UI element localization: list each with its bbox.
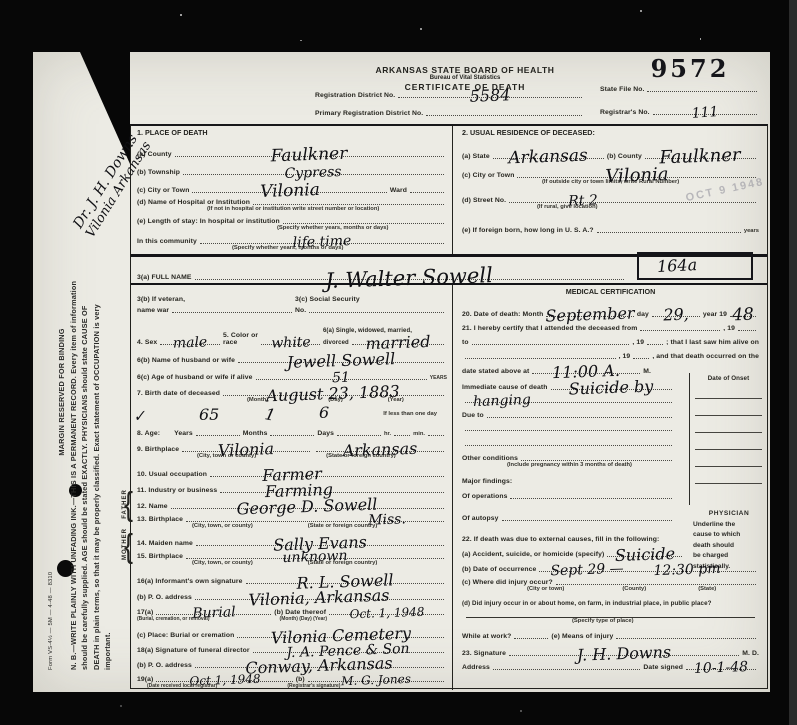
blank-line (196, 435, 240, 436)
blank-line: 111 (653, 114, 757, 115)
place-township-label: (b) Township (137, 169, 180, 176)
physician-note-line: Underline the (693, 520, 765, 531)
director-address-field: Conway, Arkansas (195, 667, 444, 668)
spouse-age-field: 51 (256, 379, 427, 380)
certify-line3-mid: , and that death occurred on the (652, 353, 759, 360)
birthdate-field: August 23, 1883 (223, 395, 444, 396)
certify-19: , 19 (723, 325, 735, 332)
death-certificate-scan: Form VS-4½ — 5M — 4-48 — 8310 MARGIN RES… (33, 52, 770, 692)
where-field (556, 584, 756, 585)
birthdate-label: 7. Birth date of deceased (137, 390, 220, 397)
place-hospital-field (253, 204, 444, 205)
blank-line (640, 330, 720, 331)
external-heading: 22. If death was due to external causes,… (462, 536, 659, 543)
veteran-field (172, 312, 292, 313)
place-community-value: life time (293, 237, 352, 247)
physician-note-line: PHYSICIAN (693, 509, 765, 520)
means-field (616, 638, 756, 639)
mother-name-field: Sally Evans (196, 545, 444, 546)
md-signature-field: J. H. Downs (509, 655, 739, 656)
certificate-title: CERTIFICATE OF DEATH (300, 82, 630, 92)
registration-district-label: Registration District No. (315, 92, 395, 99)
where-note2: (County) (622, 586, 646, 595)
less-day-label: If less than one day (383, 411, 437, 417)
color-label2: race (223, 339, 258, 346)
operations-label: Of operations (462, 493, 507, 500)
medical-section: Date of Onset PHYSICIAN Underline the ca… (453, 285, 767, 690)
state-file-number-stamp: 9572 (635, 54, 745, 83)
blank-line (270, 435, 314, 436)
cause-field2: hanging (465, 402, 672, 403)
place-township-field: Cypress (183, 174, 444, 175)
mother-bp-label: 15. Birthplace (137, 553, 183, 560)
color-field: white (261, 344, 320, 345)
work-label: While at work? (462, 633, 511, 640)
primary-registration-label: Primary Registration District No. (315, 110, 423, 117)
age-row: ✓ 65 1 6 If less than one day 8. Age: Ye… (137, 405, 447, 437)
ssn-label2: No. (295, 307, 306, 314)
birthplace-label: 9. Birthplace (137, 446, 179, 453)
place-county-field: Faulkner (175, 156, 444, 157)
other-conditions-label: Other conditions (462, 455, 518, 462)
onset-line (695, 399, 762, 416)
how-field (466, 607, 755, 618)
spouse-label: 6(b) Name of husband or wife (137, 357, 235, 364)
place-hospital-label: (d) Name of Hospital or Institution (137, 199, 250, 206)
cause-label: Immediate cause of death (462, 384, 548, 391)
other-conditions-field (521, 460, 672, 461)
usual-residence-section: OCT 9 1948 2. USUAL RESIDENCE OF DECEASE… (453, 126, 767, 254)
time-field: 11:00 A. (532, 373, 640, 374)
place-county-label: (a) County (137, 151, 172, 158)
full-name-value: J. Walter Sowell (325, 271, 493, 285)
birthdate-month-note: (Month) (247, 397, 268, 405)
onset-line (695, 467, 762, 484)
blank-line (647, 91, 757, 92)
residence-city-value: Vilonia (605, 171, 668, 181)
birthplace-state-field: Arkansas (316, 451, 444, 452)
residence-street-value: Rt 2 (568, 196, 598, 205)
state-file-label: State File No. (600, 86, 644, 93)
blank-line (394, 435, 410, 436)
burial-place-label: (c) Place: Burial or cremation (137, 632, 234, 639)
mother-bp-note1: (City, town, or county) (192, 560, 253, 568)
residence-heading: 2. USUAL RESIDENCE OF DECEASED: (462, 128, 759, 141)
due-to-field (465, 430, 672, 431)
md-address-label: Address (462, 664, 490, 671)
full-name-field: J. Walter Sowell (195, 279, 624, 280)
onset-line (695, 382, 762, 399)
father-name-label: 12. Name (137, 503, 168, 510)
burial-date-label: (b) Date thereof (274, 609, 326, 616)
certify-19: , 19 (619, 353, 631, 360)
informant-signature-label: 16(a) Informant's own signature (137, 578, 243, 585)
place-stay-note: (Specify whether years, months or days) (277, 225, 388, 232)
means-label: (e) Means of injury (551, 633, 613, 640)
spouse-age-label: 6(c) Age of husband or wife if alive (137, 374, 253, 381)
blank-line (738, 330, 756, 331)
sex-field: male (160, 344, 220, 345)
certify-line4: date stated above at (462, 368, 529, 375)
where-note1: (City or town) (527, 586, 564, 595)
informant-signature-field: R. L. Sowell (246, 583, 444, 584)
certificate-form: 1. PLACE OF DEATH (a) County Faulkner (b… (130, 124, 768, 689)
external-kind-label: (a) Accident, suicide, or homicide (spec… (462, 551, 604, 558)
father-bp-note1: (City, town, or county) (192, 523, 253, 531)
received-value: Oct 1, 1948 (189, 675, 260, 685)
external-kind-field: Suicide (607, 556, 682, 557)
father-bp-field: Miss. (186, 521, 444, 522)
autopsy-label: Of autopsy (462, 515, 499, 522)
place-city-label: (c) City or Town (137, 187, 189, 194)
residence-city-label: (c) City or Town (462, 172, 514, 179)
blank-line (337, 435, 381, 436)
file-number-box: 164a (637, 252, 753, 280)
mother-bp-field: unknown (186, 558, 444, 559)
funeral-director-label: 18(a) Signature of funeral director (137, 647, 250, 654)
place-stay-label: (e) Length of stay: In hospital or insti… (137, 218, 280, 225)
registrar-no-value: 111 (691, 108, 718, 118)
age-years-value: 65 (199, 405, 219, 424)
occupation-label: 10. Usual occupation (137, 471, 207, 478)
blank-line: 5584 (398, 97, 582, 98)
father-bp-note2: (State or foreign country) (308, 523, 378, 531)
spouse-field: Jewell Sowell (238, 362, 444, 363)
father-name-field: George D. Sowell (171, 508, 444, 509)
informant-address-field: Vilonia, Arkansas (195, 599, 444, 600)
birthplace-city-value: Vilonia (218, 445, 274, 455)
registrar-sig-label: (b) (296, 676, 305, 683)
mother-brace: { (124, 527, 133, 566)
personal-section: 3(b) If veteran, name war 3(c) Social Se… (131, 285, 453, 690)
burial-date-note: (Month) (Day) (Year) (280, 616, 328, 624)
residence-street-label: (d) Street No. (462, 197, 506, 204)
blank-line (465, 358, 616, 359)
age-label: 8. Age: (137, 430, 160, 437)
residence-foreign-label: (e) If foreign born, how long in U. S. A… (462, 227, 594, 234)
scan-speck (180, 14, 182, 16)
scan-speck (520, 710, 522, 712)
form-number: Form VS-4½ — 5M — 4-48 — 8310 (47, 114, 56, 670)
place-stay-field (283, 223, 444, 224)
received-field: Oct 1, 1948 (156, 681, 292, 682)
blank-line (647, 344, 663, 345)
residence-county-label: (b) County (607, 153, 642, 160)
cause-block: Immediate cause of death Suicide by hang… (462, 375, 675, 522)
color-label: 5. Color or (223, 332, 258, 339)
onset-line (695, 416, 762, 433)
mother-bp-value: unknown (282, 552, 347, 562)
veteran-label: 3(b) If veteran, (137, 296, 295, 303)
date-signed-label: Date signed (643, 664, 683, 671)
mother-name-label: 14. Maiden name (137, 540, 193, 547)
place-community-label: In this community (137, 238, 197, 245)
scan-speck (640, 10, 642, 12)
registrar-no-label: Registrar's No. (600, 109, 650, 116)
age-years-label: Years (174, 430, 193, 437)
place-city-field: Vilonia (192, 192, 386, 193)
dod-year-field: 48 (730, 316, 756, 317)
dod-month-field: September (546, 316, 634, 317)
certify-line1: 21. I hereby certify that I attended the… (462, 325, 637, 332)
birthplace-state-value: Arkansas (343, 445, 418, 456)
residence-foreign-field (597, 232, 741, 233)
veteran-label2: name war (137, 307, 169, 314)
occurrence-field: Sept 29 — 12:30 pm (539, 571, 756, 572)
time-m-label: M. (643, 368, 651, 375)
marital-field: married (352, 344, 444, 345)
place-ward-label: Ward (390, 187, 407, 194)
md-label: M. D. (742, 650, 759, 657)
bottom-section: 3(b) If veteran, name war 3(c) Social Se… (131, 285, 767, 690)
ssn-label: 3(c) Social Security (295, 296, 447, 303)
industry-label: 11. Industry or business (137, 487, 217, 494)
occurrence-label: (b) Date of occurrence (462, 566, 536, 573)
scanner-edge (789, 0, 797, 725)
ssn-field (309, 312, 444, 313)
place-hospital-note: (If not in hospital or institution write… (207, 206, 379, 213)
industry-field: Farming (220, 492, 444, 493)
board-title: ARKANSAS STATE BOARD OF HEALTH (300, 65, 630, 75)
onset-line (695, 450, 762, 467)
place-ward-field (410, 192, 444, 193)
dod-day-field: 29, (652, 316, 700, 317)
where-label: (c) Where did injury occur? (462, 579, 553, 586)
md-address-field (493, 669, 640, 670)
scan-speck (120, 705, 122, 707)
major-findings-label: Major findings: (462, 478, 512, 485)
place-community-field: life time (200, 243, 444, 244)
residence-state-value: Arkansas (508, 152, 588, 163)
certify-line2-mid: ; that I last saw him alive on (666, 339, 759, 346)
full-name-row: 3(a) FULL NAME J. Walter Sowell 164a (131, 254, 767, 285)
father-brace: { (124, 485, 133, 524)
margin-heading: MARGIN RESERVED FOR BINDING (56, 114, 68, 670)
residence-foreign-suffix: years (744, 228, 759, 234)
cause-field: Suicide by (551, 389, 673, 390)
date-of-onset-column: Date of Onset (689, 373, 767, 505)
other-conditions-note: (Include pregnancy within 3 months of de… (507, 462, 632, 471)
certify-19: , 19 (632, 339, 644, 346)
onset-line (695, 433, 762, 450)
check-mark: ✓ (132, 406, 147, 426)
certificate-header: ARKANSAS STATE BOARD OF HEALTH Bureau of… (130, 56, 766, 124)
file-box-value: 164a (657, 255, 698, 276)
operations-field (510, 498, 672, 499)
residence-city-field: Vilonia (517, 177, 756, 178)
blank-line (428, 435, 444, 436)
father-bp-value: Miss. (368, 515, 406, 524)
residence-county-field: Faulkner (645, 158, 756, 159)
dod-year-label: year 19 (703, 311, 727, 318)
birthdate-value: August 23, 1883 (267, 388, 401, 401)
age-months-value: 1 (263, 404, 277, 425)
burial-type-value: Burial (192, 608, 236, 618)
residence-street-field: Rt 2 (509, 202, 756, 203)
how-note: (Specify type of place) (572, 618, 634, 627)
burial-date-value: Oct. 1, 1948 (349, 608, 424, 619)
residence-county-value: Faulkner (660, 152, 741, 163)
place-heading: 1. PLACE OF DEATH (137, 128, 447, 140)
work-field (514, 638, 548, 639)
burial-date-field: Oct. 1, 1948 (329, 614, 444, 615)
certify-to-label: to (462, 339, 469, 346)
residence-state-field: Arkansas (493, 158, 604, 159)
occupation-field: Farmer (210, 476, 444, 477)
received-label: 19(a) (137, 676, 153, 683)
residence-state-label: (a) State (462, 153, 490, 160)
registration-district-value: 5584 (470, 91, 511, 100)
age-days-value: 6 (319, 403, 329, 422)
margin-line-1: N. B.—WRITE PLAINLY WITH UNFADING INK.—T… (68, 114, 80, 670)
date-signed-value: 10-1-48 (694, 663, 748, 673)
top-section: 1. PLACE OF DEATH (a) County Faulkner (b… (131, 126, 767, 254)
dod-day-label: day (637, 311, 649, 318)
scan-speck (700, 38, 701, 40)
blank-line (426, 115, 582, 116)
registrar-sig-note: (Registrar's signature) (287, 683, 340, 692)
full-name-label: 3(a) FULL NAME (137, 274, 192, 281)
autopsy-field (502, 520, 673, 521)
md-signature-label: 23. Signature (462, 650, 506, 657)
blank-line (472, 344, 630, 345)
birthplace-city-field: Vilonia (182, 451, 310, 452)
burial-place-field: Vilonia Cemetery (237, 637, 444, 638)
sex-label: 4. Sex (137, 339, 157, 346)
age-days-label: Days (317, 430, 334, 437)
informant-address-label: (b) P. O. address (137, 594, 192, 601)
where-note3: (State) (698, 586, 716, 595)
father-bp-label: 13. Birthplace (137, 516, 183, 523)
scan-speck (420, 28, 422, 30)
registrar-sig-value: M. G. Jones (341, 675, 411, 685)
onset-label: Date of Onset (693, 375, 764, 382)
dod-label: 20. Date of death: Month (462, 311, 543, 318)
medical-heading: MEDICAL CERTIFICATION (462, 287, 759, 301)
due-to-field (487, 417, 672, 418)
scan-speck (300, 40, 302, 41)
place-of-death-section: 1. PLACE OF DEATH (a) County Faulkner (b… (131, 126, 453, 254)
how-label: (d) Did injury occur in or about home, o… (462, 600, 712, 607)
due-to-label: Due to (462, 412, 484, 419)
burial-type-field: Burial (156, 614, 271, 615)
registrar-sig-field: M. G. Jones (308, 681, 444, 682)
director-address-label: (b) P. O. address (137, 662, 192, 669)
blank-line (633, 358, 649, 359)
due-to-field (465, 445, 672, 446)
age-months-label: Months (243, 430, 268, 437)
bureau-subtitle: Bureau of Vital Statistics (300, 75, 630, 81)
date-signed-field: 10-1-48 (686, 669, 756, 670)
burial-type-label: 17(a) (137, 609, 153, 616)
funeral-director-field: J. A. Pence & Son (253, 652, 444, 653)
